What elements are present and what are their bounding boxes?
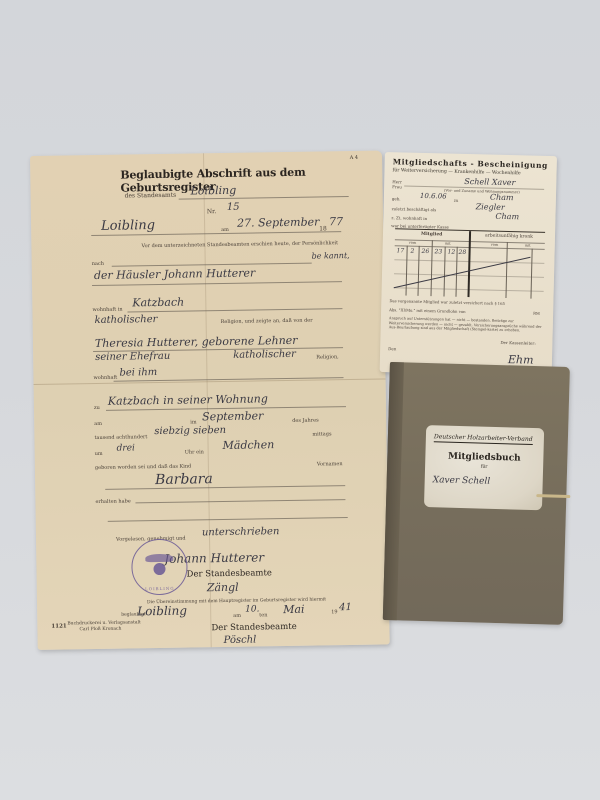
read-value: unterschrieben	[202, 526, 280, 538]
footer-line-3: Anspruch auf Unterstützungen hat — nicht…	[389, 316, 544, 334]
birth-place-value: Katzbach in seiner Wohnung	[108, 392, 268, 408]
year-value: 77	[329, 215, 343, 228]
table-sub-3: vom	[491, 243, 499, 247]
office-value: Loibling	[190, 184, 236, 198]
residence-label: wohnhaft in	[92, 307, 122, 313]
place-value: Loibling	[101, 218, 155, 234]
certified-date-label: am	[233, 613, 241, 619]
employed-value: Ziegler	[476, 202, 505, 212]
registrar-label: Der Standesbeamte	[187, 568, 272, 579]
form-code: A 4	[350, 155, 358, 161]
birth-time-label: mittags	[312, 431, 331, 437]
number-value: 15	[227, 202, 240, 213]
child-sex-value: Mädchen	[222, 438, 274, 452]
certified-day: 10.	[245, 604, 259, 614]
born-value: 10.6.06	[420, 192, 447, 201]
table-group-member: Mitglied	[421, 232, 442, 238]
registrar-signature-2: Pöschl	[224, 635, 257, 647]
birth-place-label: zu	[94, 405, 100, 411]
table-sub-4: mit	[525, 243, 531, 247]
membership-period-table: Mitglied arbeitsunfähig krank vom mit vo…	[394, 228, 546, 299]
membership-book: Deutscher Holzarbeiter-Verband Mitglieds…	[383, 362, 570, 625]
table-cell: 23	[434, 248, 442, 255]
mother-religion-label: Religion,	[316, 354, 339, 360]
received-label: erhalten habe	[95, 498, 130, 505]
rule	[105, 485, 345, 490]
known-value: be kannt,	[312, 251, 350, 261]
membership-certificate-card: Mitgliedschafts - Bescheinigung für Weit…	[380, 152, 557, 376]
resident-value: Cham	[495, 212, 519, 222]
given-names-label: Vornamen	[317, 461, 343, 467]
known-label: nach	[92, 261, 104, 267]
book-for-label: für	[425, 463, 543, 471]
birth-at-label: um	[95, 451, 103, 457]
footer-line-2: Abs. "III/Mo." mit einem Grundlohn von	[389, 307, 466, 314]
book-owner-name: Xaver Schell	[433, 475, 491, 487]
stamp-text: LOIBLING	[133, 586, 187, 592]
registrar-label-2: Der Standesbeamte	[211, 622, 296, 633]
rule	[108, 517, 348, 522]
religion-label: Religion, und zeigte an, daß von der	[221, 318, 313, 325]
birth-year-label: des Jahres	[292, 417, 319, 423]
printer-line-2: Carl Ploß Kronach	[79, 627, 121, 633]
registrar-signature: Zängl	[207, 581, 239, 594]
table-group-sick: arbeitsunfähig krank	[485, 233, 533, 239]
child-name: Barbara	[155, 471, 213, 488]
birth-at-value: drei	[117, 443, 135, 453]
place-label: Den	[388, 346, 396, 351]
book-organization: Deutscher Holzarbeiter-Verband	[434, 433, 533, 445]
footer-line-1: Das vorgenannte Mitglied war zuletzt ver…	[389, 298, 505, 306]
certified-month-label: ten	[259, 612, 267, 618]
signature-label: Der Kassenleiter:	[500, 340, 535, 346]
certified-month: Mai	[283, 603, 305, 616]
certified-year-prefix: 19	[331, 609, 337, 615]
resident-label: z. Zt. wohnhaft in	[391, 215, 427, 221]
child-sex-label: Uhr ein	[185, 449, 204, 455]
document-title: Beglaubigte Abschrift aus dem Geburtsreg…	[120, 164, 382, 194]
office-label: des Standesamts	[125, 192, 177, 200]
employed-label: zuletzt beschäftigt als	[392, 206, 437, 212]
printer-line-1: Buchdruckerei u. Verlagsanstalt	[67, 620, 141, 626]
rule	[135, 499, 345, 503]
appeared-line: Vor dem unterzeichneten Standesbeamten e…	[141, 240, 338, 249]
birth-hour-value: siebzig sieben	[154, 425, 226, 437]
religion-value: katholischer	[95, 314, 158, 326]
birth-day-label: am	[94, 421, 102, 427]
birth-month-value: September	[202, 409, 263, 423]
table-cell: 12	[447, 249, 455, 256]
certified-year: 41	[339, 602, 352, 613]
book-spine	[383, 362, 404, 620]
mother-religion: katholischer	[233, 349, 296, 361]
printer-code: 1121	[51, 623, 66, 629]
table-cell: 26	[421, 248, 429, 255]
table-sub-1: vom	[409, 241, 417, 245]
table-cell: 17	[397, 247, 405, 254]
table-cell: 28	[458, 249, 466, 256]
born-in-label: zu	[454, 198, 459, 203]
frau-label: Frau	[392, 184, 402, 189]
date-value: 27. September	[237, 215, 319, 229]
certified-place: Loibling	[137, 604, 187, 619]
residence-value: Katzbach	[132, 296, 184, 310]
born-in-value: Cham	[490, 193, 514, 203]
mother-relation: seiner Ehefrau	[95, 351, 170, 363]
card-subtitle: für Weiterversicherung — Krankenhilfe — …	[392, 168, 520, 176]
rule	[467, 231, 470, 297]
birth-hour-label: tausend achthundert	[94, 434, 147, 441]
rule	[92, 281, 342, 286]
number-label: Nr.	[207, 208, 216, 215]
name-value: Schell Xaver	[464, 177, 515, 187]
wreath-emblem-icon	[153, 563, 165, 575]
official-stamp: LOIBLING	[131, 539, 188, 596]
mother-residence-value: bei ihm	[119, 367, 157, 379]
rule	[112, 263, 312, 267]
footer-currency: RM	[533, 311, 540, 316]
informant-name: der Häusler Johann Hutterer	[94, 266, 256, 282]
eagle-emblem-icon	[145, 554, 173, 562]
birth-register-document: A 4 Beglaubigte Abschrift aus dem Geburt…	[30, 150, 390, 649]
book-title: Mitgliedsbuch	[425, 451, 543, 464]
born-label: geboren worden sei und daß das Kind	[95, 464, 191, 472]
book-cover-label: Deutscher Holzarbeiter-Verband Mitglieds…	[424, 425, 544, 510]
table-cell: 2	[410, 248, 414, 255]
born-label: geb.	[392, 196, 401, 201]
table-sub-2: mit	[445, 241, 451, 245]
